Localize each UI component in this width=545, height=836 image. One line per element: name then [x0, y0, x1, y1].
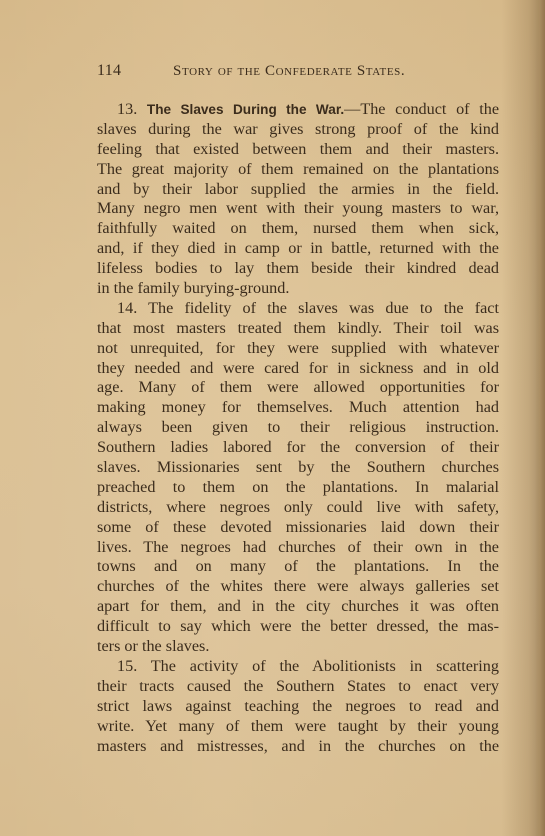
paragraph-line: apart for them, and in the city churches… [97, 597, 499, 617]
section-number: 14. [117, 299, 137, 317]
paragraph-line: churches of the whites there were always… [97, 577, 499, 597]
paragraph-line: lives. The negroes had churches of their… [97, 538, 499, 558]
paragraph-line: feeling that existed between them and th… [97, 140, 499, 160]
paragraph-line: some of these devoted missionaries laid … [97, 518, 499, 538]
section-number: 13. [117, 100, 137, 118]
paragraph-line: The great majority of them remained on t… [97, 160, 499, 180]
page-edge-shadow [535, 0, 545, 836]
section-15: 15. The activity of the Abolitionists in… [97, 657, 499, 756]
page-number: 114 [97, 62, 121, 80]
paragraph-line: districts, where negroes only could live… [97, 498, 499, 518]
section-number: 15. [117, 657, 137, 675]
paragraph-line: not unrequited, for they were supplied w… [97, 339, 499, 359]
paragraph-line: ters or the slaves. [97, 637, 499, 657]
paragraph-line: difficult to say which were the better d… [97, 617, 499, 637]
paragraph-line: masters and mistresses, and in the churc… [97, 737, 499, 757]
paragraph-line: always been given to their religious ins… [97, 418, 499, 438]
paragraph-line: 14. The fidelity of the slaves was due t… [97, 299, 499, 319]
paragraph-line: making money for themselves. Much attent… [97, 398, 499, 418]
paragraph-line: towns and on many of the plantations. In… [97, 557, 499, 577]
paragraph-line: lifeless bodies to lay them beside their… [97, 259, 499, 279]
paragraph-line: slaves during the war gives strong proof… [97, 120, 499, 140]
paragraph-line: they needed and were cared for in sickne… [97, 359, 499, 379]
section-13: 13. The Slaves During the War.—The condu… [97, 100, 499, 299]
paragraph-line: age. Many of them were allowed opportuni… [97, 378, 499, 398]
paragraph-line: that most masters treated them kindly. T… [97, 319, 499, 339]
running-header: 114 Story of the Confederate States. [97, 62, 499, 82]
line-text: The activity of the Abolitionists in sca… [151, 657, 499, 675]
running-title: Story of the Confederate States. [173, 63, 405, 80]
line-text: The fidelity of the slaves was due to th… [148, 299, 499, 317]
paragraph-line: and, if they died in camp or in battle, … [97, 239, 499, 259]
paragraph-line: slaves. Missionaries sent by the Souther… [97, 458, 499, 478]
paragraph-line: 13. The Slaves During the War.—The condu… [97, 100, 499, 120]
paragraph-line: Many negro men went with their young mas… [97, 199, 499, 219]
section-14: 14. The fidelity of the slaves was due t… [97, 299, 499, 657]
paragraph-line: their tracts caused the Southern States … [97, 677, 499, 697]
paragraph-line: in the family burying-ground. [97, 279, 499, 299]
book-page: 114 Story of the Confederate States. 13.… [0, 0, 545, 836]
paragraph-line: write. Yet many of them were taught by t… [97, 717, 499, 737]
paragraph-line: Southern ladies labored for the conversi… [97, 438, 499, 458]
body-text: 13. The Slaves During the War.—The condu… [97, 100, 499, 756]
paragraph-line: preached to them on the plantations. In … [97, 478, 499, 498]
paragraph-line: strict laws against teaching the negroes… [97, 697, 499, 717]
paragraph-line: 15. The activity of the Abolitionists in… [97, 657, 499, 677]
section-title: The Slaves During the War. [147, 102, 344, 117]
line-text: —The conduct of the [344, 100, 499, 118]
paragraph-line: and by their labor supplied the armies i… [97, 180, 499, 200]
paragraph-line: faithfully waited on them, nursed them w… [97, 219, 499, 239]
